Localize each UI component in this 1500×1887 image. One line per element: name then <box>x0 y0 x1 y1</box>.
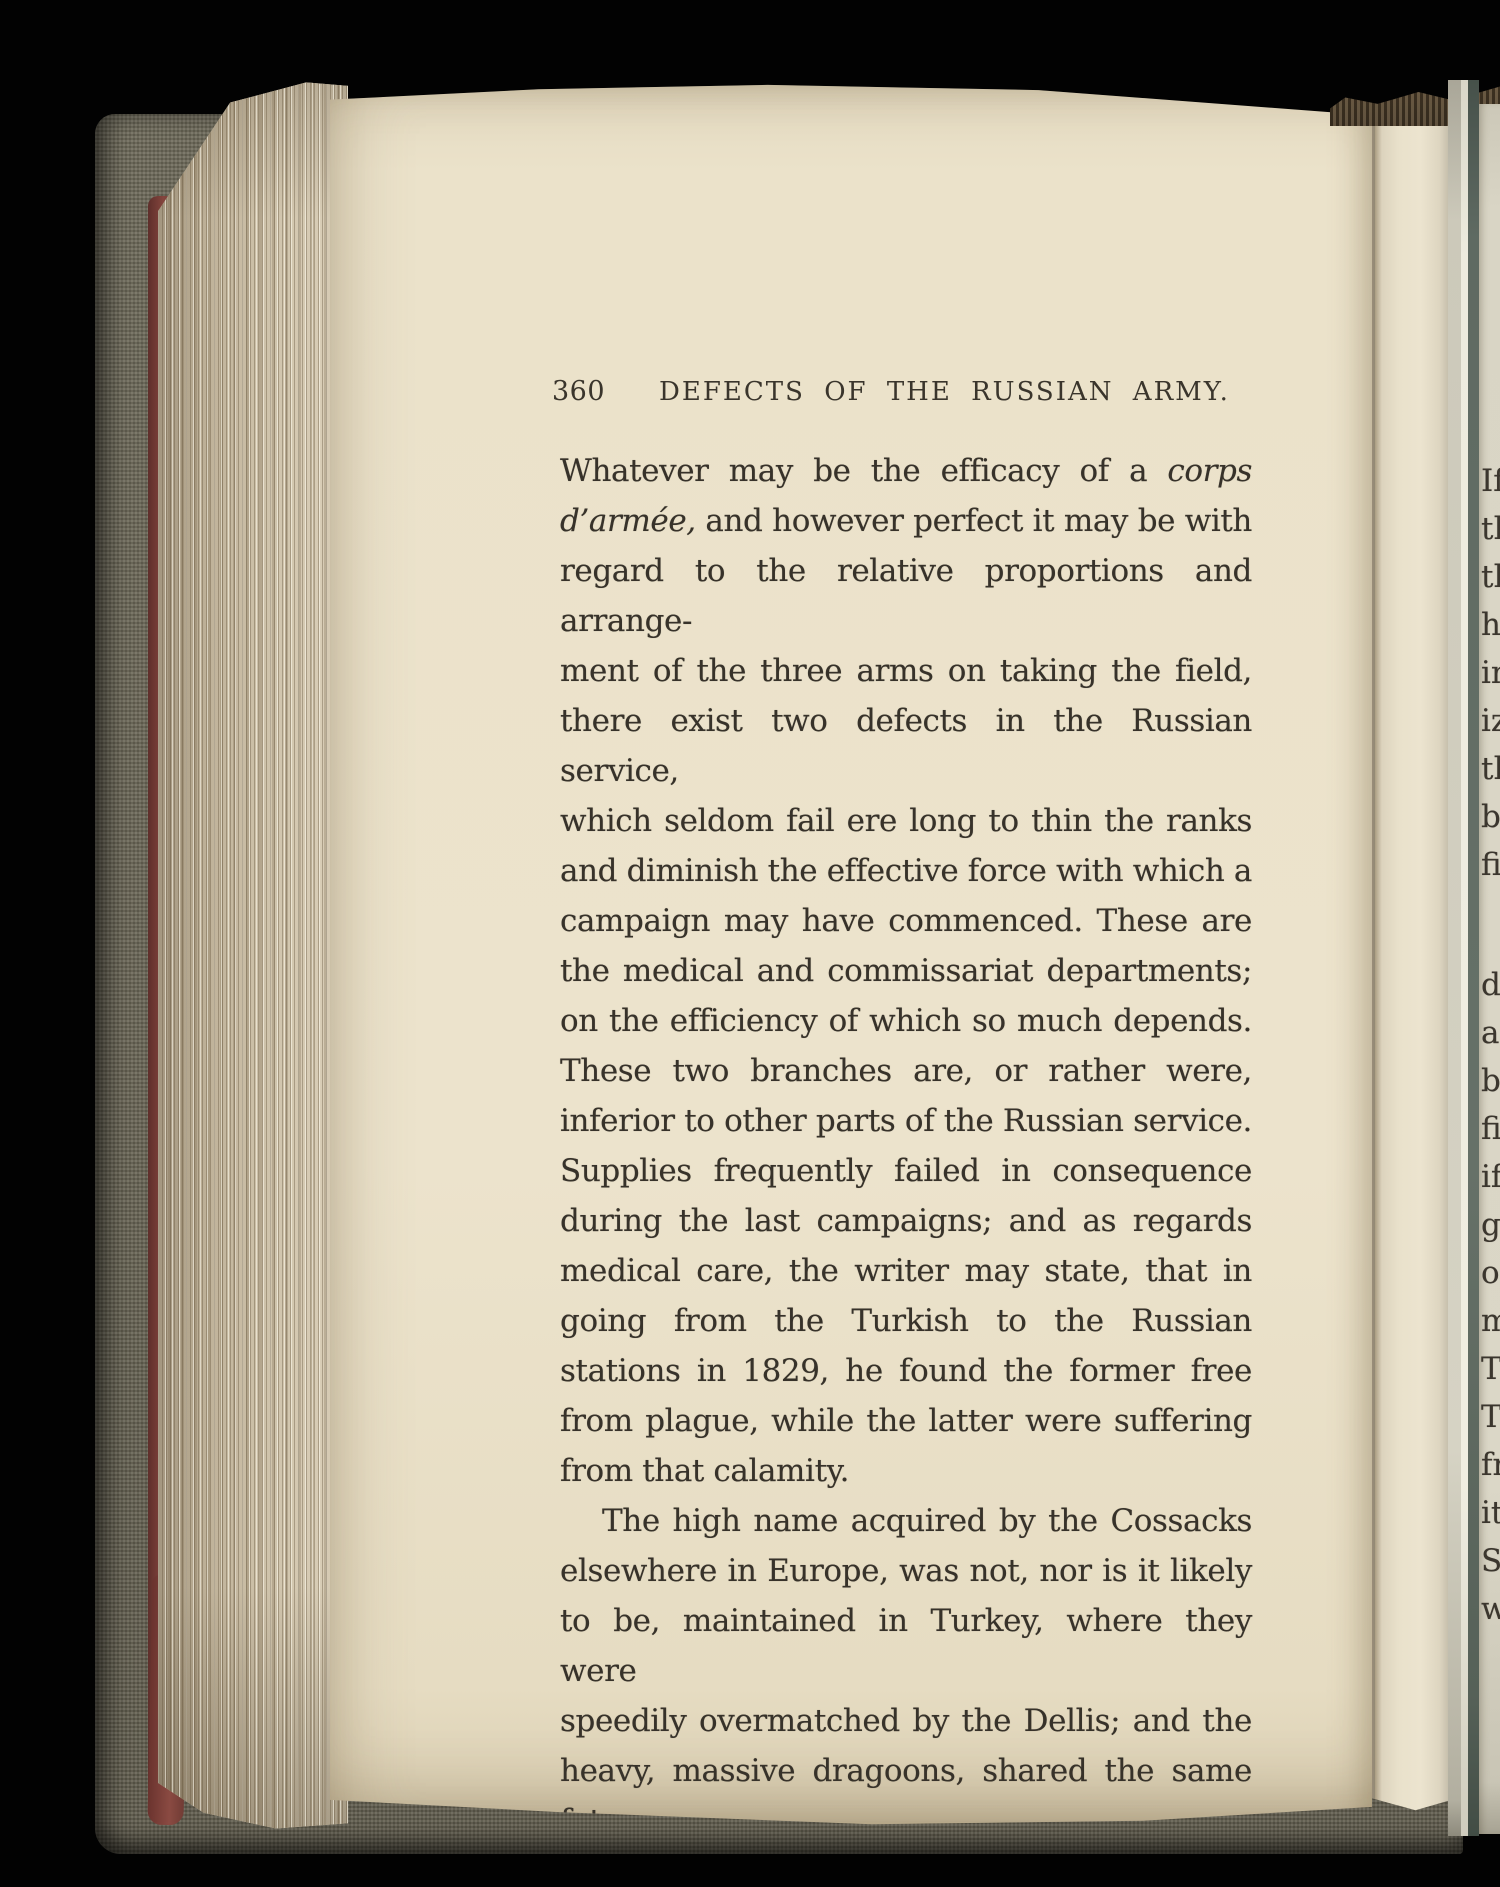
text-line: regard to the relative proportions and a… <box>560 546 1252 646</box>
running-header: 360 DEFECTS OF THE RUSSIAN ARMY. <box>552 376 1252 407</box>
text-run: and diminish the effective force with wh… <box>560 853 1252 889</box>
text-line: speedily overmatched by the Dellis; and … <box>560 1696 1252 1746</box>
text-run: going from the Turkish to the Russian <box>560 1303 1252 1339</box>
text-run: stations in 1829, he found the former fr… <box>560 1353 1252 1389</box>
text-run: which seldom fail ere long to thin the r… <box>560 803 1252 839</box>
facing-page-fragment: if <box>1481 1162 1500 1193</box>
text-line: d’armée, and however perfect it may be w… <box>560 496 1252 546</box>
text-line: Whatever may be the efficacy of a corps <box>560 446 1252 496</box>
text-run: from plague, while the latter were suffe… <box>560 1403 1252 1439</box>
facing-page-fragment: th <box>1481 562 1500 593</box>
text-line: elsewhere in Europe, was not, nor is it … <box>560 1546 1252 1596</box>
text-run: regard to the relative proportions and a… <box>560 553 1252 639</box>
facing-page-fragment: ize <box>1481 706 1500 737</box>
text-run: Supplies frequently failed in consequenc… <box>560 1153 1252 1189</box>
facing-page-edge-light-line <box>1461 80 1468 1836</box>
text-line: ment of the three arms on taking the fie… <box>560 646 1252 696</box>
text-run: These two branches are, or rather were, <box>560 1053 1252 1089</box>
facing-page-fragment: ad <box>1481 1018 1500 1049</box>
facing-page-fragment: fir <box>1481 1114 1500 1145</box>
text-run: campaign may have commenced. These are <box>560 903 1252 939</box>
text-run: to be, maintained in Turkey, where they … <box>560 1603 1252 1689</box>
facing-page-fragment: Tu <box>1481 1402 1500 1433</box>
text-line: campaign may have commenced. These are <box>560 896 1252 946</box>
facing-page-fragment: ba <box>1481 802 1500 833</box>
left-page: 360 DEFECTS OF THE RUSSIAN ARMY. Whateve… <box>330 84 1372 1826</box>
text-run: The high name acquired by the Cossacks <box>602 1503 1252 1539</box>
facing-page-fragment: fro <box>1481 1450 1500 1481</box>
facing-page-fragment: Tu <box>1481 1354 1500 1385</box>
text-line: from plague, while the latter were suffe… <box>560 1396 1252 1446</box>
italic-text-run: d’armée, <box>560 503 696 539</box>
text-run: elsewhere in Europe, was not, nor is it … <box>560 1553 1252 1589</box>
facing-page-fragment: wh <box>1481 1594 1500 1625</box>
text-line: to be, maintained in Turkey, where they … <box>560 1596 1252 1696</box>
facing-page-fragment: th <box>1481 514 1500 545</box>
text-run: during the last campaigns; and as regard… <box>560 1203 1252 1239</box>
text-line: which seldom fail ere long to thin the r… <box>560 796 1252 846</box>
facing-page-fragment: int <box>1481 658 1500 689</box>
facing-page-fragment: St <box>1481 1546 1500 1577</box>
facing-page-fragment: its <box>1481 1498 1500 1529</box>
text-line: from that calamity. <box>560 1446 1252 1496</box>
facing-page-sliver: IfththheintizethbafiediadbyfirifgrofmiTu… <box>1479 104 1500 1834</box>
text-line: on the efficiency of which so much depen… <box>560 996 1252 1046</box>
facing-page-fragment: mi <box>1481 1306 1500 1337</box>
gutter-page-curl <box>1372 96 1451 1812</box>
text-run: ment of the three arms on taking the fie… <box>560 653 1252 689</box>
text-line: stations in 1829, he found the former fr… <box>560 1346 1252 1396</box>
facing-page-fragment: fie <box>1481 850 1500 881</box>
text-run: from that calamity. <box>560 1453 849 1489</box>
text-line: Supplies frequently failed in consequenc… <box>560 1146 1252 1196</box>
book-photo: 360 DEFECTS OF THE RUSSIAN ARMY. Whateve… <box>0 0 1500 1887</box>
facing-page-cover-stripe <box>1468 80 1479 1836</box>
text-line: The high name acquired by the Cossacks <box>560 1496 1252 1546</box>
facing-page-edge-highlight <box>1448 80 1461 1836</box>
facing-page-fragment: he <box>1481 610 1500 641</box>
text-run: Whatever may be the efficacy of a <box>560 453 1167 489</box>
text-line: there exist two defects in the Russian s… <box>560 696 1252 796</box>
text-line: going from the Turkish to the Russian <box>560 1296 1252 1346</box>
text-run: there exist two defects in the Russian s… <box>560 703 1252 789</box>
text-run: and however perfect it may be with <box>696 503 1252 539</box>
italic-text-run: corps <box>1167 453 1252 489</box>
text-line: the medical and commissariat departments… <box>560 946 1252 996</box>
text-line: and diminish the effective force with wh… <box>560 846 1252 896</box>
text-run: speedily overmatched by the Dellis; and … <box>560 1703 1252 1739</box>
facing-page-fragment: If <box>1481 466 1500 497</box>
facing-page-fragment: of <box>1481 1258 1500 1289</box>
text-run: medical care, the writer may state, that… <box>560 1253 1252 1289</box>
facing-page-fragment: by <box>1481 1066 1500 1097</box>
text-line: during the last campaigns; and as regard… <box>560 1196 1252 1246</box>
facing-page-fragment: di <box>1481 970 1500 1001</box>
facing-page-fragment: gr <box>1481 1210 1500 1241</box>
body-text: Whatever may be the efficacy of a corpsd… <box>560 446 1252 1846</box>
running-header-title: DEFECTS OF THE RUSSIAN ARMY. <box>659 377 1230 407</box>
page-number: 360 <box>552 376 605 407</box>
page-edges-stack <box>158 78 348 1832</box>
text-line: medical care, the writer may state, that… <box>560 1246 1252 1296</box>
text-line: These two branches are, or rather were, <box>560 1046 1252 1096</box>
text-run: inferior to other parts of the Russian s… <box>560 1103 1252 1139</box>
text-line: inferior to other parts of the Russian s… <box>560 1096 1252 1146</box>
facing-page-fragment: th <box>1481 754 1500 785</box>
text-run: on the efficiency of which so much depen… <box>560 1003 1252 1039</box>
text-run: the medical and commissariat departments… <box>560 953 1252 989</box>
